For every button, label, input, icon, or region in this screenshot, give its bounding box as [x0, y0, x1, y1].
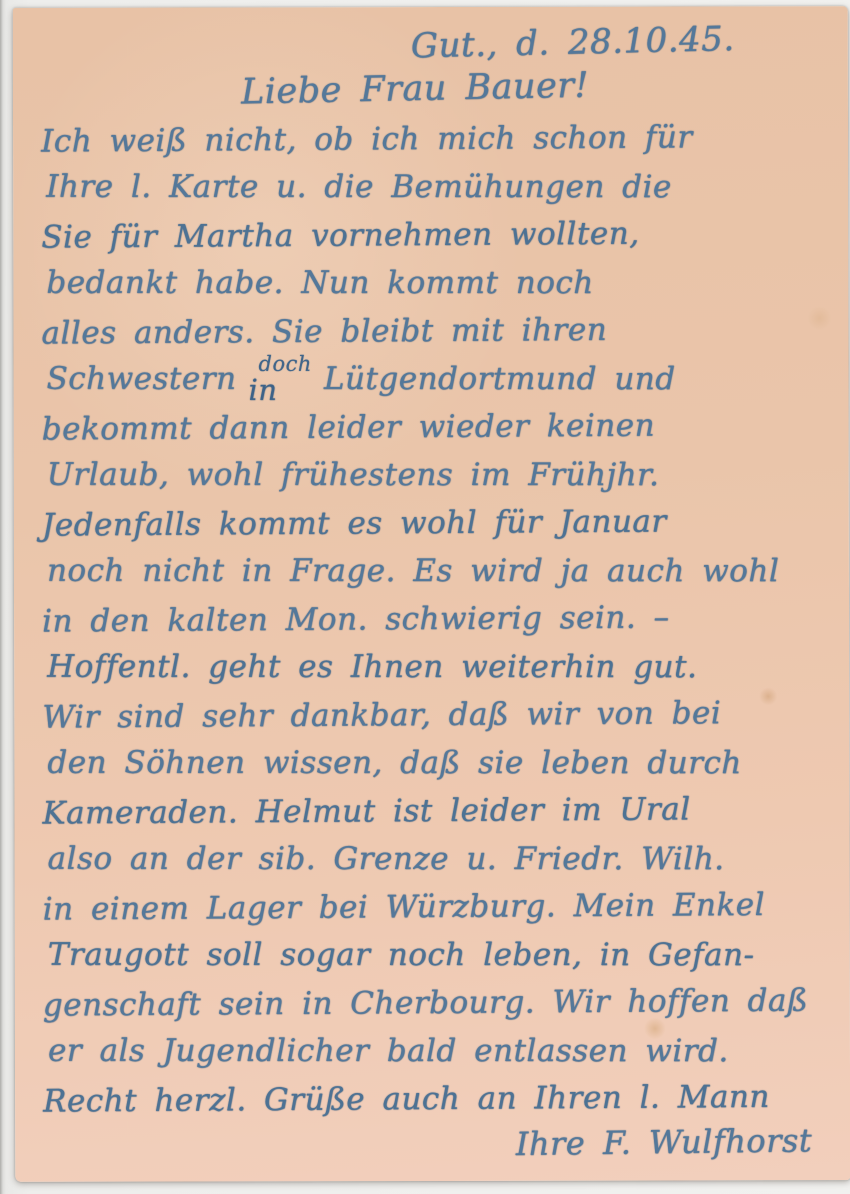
letter-line: Wir sind sehr dankbar, daß wir von bei	[42, 688, 841, 741]
letter-line: alles anders. Sie bleibt mit ihren	[41, 304, 840, 357]
letter-line: bekommt dann leider wieder keinen	[42, 400, 841, 453]
inserted-word-above-line: doch	[259, 354, 312, 375]
letter-line: Hoffentl. geht es Ihnen weiterhin gut.	[42, 643, 841, 691]
letter-line: bedankt habe. Nun kommt noch	[41, 259, 840, 307]
letter-dateline: Gut., d. 28.10.45.	[410, 19, 735, 66]
letter-body: Ich weiß nicht, ob ich mich schon fürIhr…	[41, 114, 842, 1170]
insertion-stack: doch in	[248, 354, 311, 405]
letter-line: Kameraden. Helmut ist leider im Ural	[42, 784, 841, 837]
letter-body-bottom-lines: bekommt dann leider wieder keinenUrlaub,…	[42, 402, 843, 1124]
letter-line: Ich weiß nicht, ob ich mich schon für	[41, 112, 840, 165]
letter-body-top-lines: Ich weiß nicht, ob ich mich schon fürIhr…	[41, 114, 841, 356]
postcard-paper: Gut., d. 28.10.45. Liebe Frau Bauer! Ich…	[13, 6, 850, 1182]
letter-line: Traugott soll sogar noch leben, in Gefan…	[43, 931, 842, 979]
letter-line: Ihre l. Karte u. die Bemühungen die	[41, 163, 840, 211]
letter-line: er als Jugendlicher bald entlassen wird.	[43, 1027, 842, 1075]
letter-signature: Ihre F. Wulfhorst	[43, 1116, 843, 1174]
letter-line: genschaft sein in Cherbourg. Wir hoffen …	[43, 976, 842, 1029]
letter-salutation: Liebe Frau Bauer!	[241, 66, 590, 113]
letter-line: in einem Lager bei Würzburg. Mein Enkel	[43, 880, 842, 933]
insertion-after-text: Lütgendortmund und	[324, 355, 676, 403]
letter-line: Sie für Martha vornehmen wollten,	[41, 208, 840, 261]
letter-line: noch nicht in Frage. Es wird ja auch woh…	[42, 547, 841, 595]
word-under-insertion: in	[248, 376, 277, 405]
letter-line-with-insertion: Schwestern doch in Lütgendortmund und	[42, 355, 841, 403]
letter-line: Urlaub, wohl frühestens im Frühjhr.	[42, 451, 841, 499]
scanned-postcard-stage: Gut., d. 28.10.45. Liebe Frau Bauer! Ich…	[0, 0, 850, 1194]
letter-line: den Söhnen wissen, daß sie leben durch	[42, 739, 841, 787]
letter-line: in den kalten Mon. schwierig sein. –	[42, 592, 841, 645]
letter-line: Jedenfalls kommt es wohl für Januar	[42, 496, 841, 549]
letter-line: also an der sib. Grenze u. Friedr. Wilh.	[43, 835, 842, 883]
insertion-before-text: Schwestern	[47, 355, 237, 403]
